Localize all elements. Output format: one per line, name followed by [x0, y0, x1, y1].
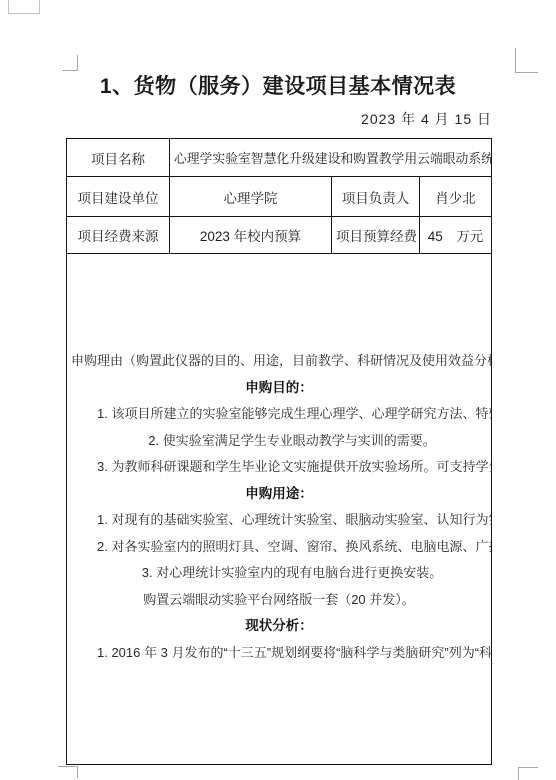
analysis-heading: 现状分析：: [71, 615, 487, 637]
table-row: 项目经费来源 2023 年校内预算 项目预算经费 45 万元: [67, 217, 492, 254]
usage-item: 1. 对现有的基础实验室、心理统计实验室、眼脑动实验室、认知行为实验室、公共讨论…: [71, 509, 487, 531]
document-date: 2023 年 4 月 15 日: [0, 109, 556, 129]
previous-page-edge: [8, 0, 40, 14]
margin-mark-top-left-icon: [62, 55, 78, 71]
budget-label: 项目预算经费: [332, 217, 420, 254]
purpose-heading: 申购目的：: [71, 377, 487, 399]
purchase-reason-intro: 申购理由（购置此仪器的目的、用途，目前教学、科研情况及使用效益分析，项目建成目标…: [71, 350, 487, 372]
margin-mark-top-right-icon: [515, 48, 538, 73]
table-row: 申购理由（购置此仪器的目的、用途，目前教学、科研情况及使用效益分析，项目建成目标…: [67, 254, 492, 765]
margin-mark-bottom-left-icon: [58, 766, 78, 778]
fund-source-value: 2023 年校内预算: [170, 217, 332, 254]
usage-item: 2. 对各实验室内的照明灯具、空调、窗帘、换风系统、电脑电源、广播系统（若有）、…: [71, 536, 487, 558]
analysis-text: 1. 2016 年 3 月发布的“十三五”规划纲要将“脑科学与类脑研究”列为“科…: [71, 642, 487, 664]
purpose-item: 1. 该项目所建立的实验室能够完成生理心理学、心理学研究方法、特殊儿童早期干预、…: [71, 403, 487, 425]
reason-section-cell: 申购理由（购置此仪器的目的、用途，目前教学、科研情况及使用效益分析，项目建成目标…: [67, 254, 492, 765]
leader-label: 项目负责人: [332, 177, 420, 217]
project-name-value: 心理学实验室智慧化升级建设和购置教学用云端眼动系统: [170, 139, 492, 177]
leader-value: 肖少北: [420, 177, 492, 217]
usage-item: 3. 对心理统计实验室内的现有电脑台进行更换安装。: [71, 562, 487, 584]
margin-mark-bottom-right-icon: [518, 767, 538, 780]
document-page: 1、货物（服务）建设项目基本情况表 2023 年 4 月 15 日 项目名称 心…: [0, 0, 556, 780]
build-unit-value: 心理学院: [170, 177, 332, 217]
page-title: 1、货物（服务）建设项目基本情况表: [0, 0, 556, 100]
budget-value: 45 万元: [420, 217, 492, 254]
project-info-table: 项目名称 心理学实验室智慧化升级建设和购置教学用云端眼动系统 项目建设单位 心理…: [66, 138, 492, 765]
table-row: 项目建设单位 心理学院 项目负责人 肖少北: [67, 177, 492, 217]
purpose-item: 3. 为教师科研课题和学生毕业论文实施提供开放实验场所。可支持学生开展创新创业项…: [71, 456, 487, 478]
usage-note: 购置云端眼动实验平台网络版一套（20 并发）。: [71, 589, 487, 611]
table-row: 项目名称 心理学实验室智慧化升级建设和购置教学用云端眼动系统: [67, 139, 492, 177]
fund-source-label: 项目经费来源: [67, 217, 170, 254]
project-name-label: 项目名称: [67, 139, 170, 177]
purpose-item: 2. 使实验室满足学生专业眼动教学与实训的需要。: [71, 430, 487, 452]
build-unit-label: 项目建设单位: [67, 177, 170, 217]
usage-heading: 申购用途：: [71, 483, 487, 505]
